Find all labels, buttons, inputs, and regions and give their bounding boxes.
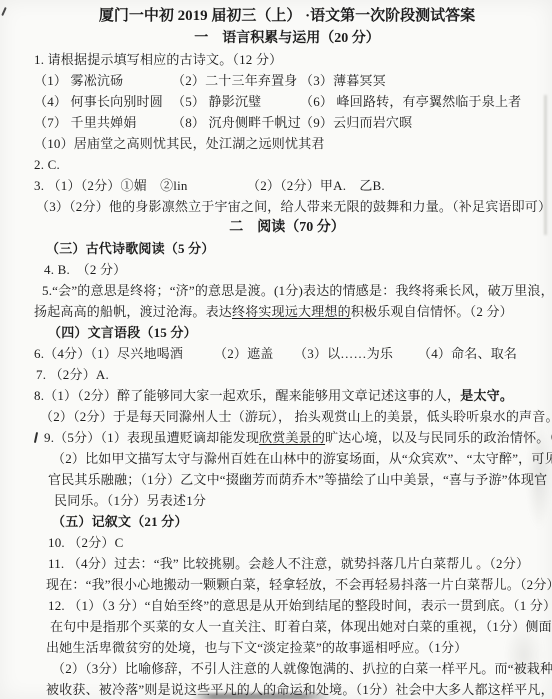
sec3-heading: （三）古代诗歌阅读（5 分） <box>46 238 540 259</box>
answer-part: 3. （1）（2分）①媚 ②lin <box>34 175 247 196</box>
q1-row2: （4） 何事长向别时圆 （5） 静影沉璧 （6） 峰回路转，有亭翼然临于泉上者 <box>34 91 540 112</box>
answer-blank: （3）薄暮冥冥 <box>300 70 540 91</box>
q11-line1: 11. （4分）过去：“我” 比较挑剔。会趁人不注意，就势抖落几片白菜帮儿 。（… <box>48 553 540 574</box>
answer-part: 旷达心境，以及与民同乐的政治情怀。（2分） <box>325 430 552 445</box>
page-title: 厦门一中初 2019 届初三（上） ·语文第一次阶段测试答案 <box>34 4 540 28</box>
document-body: 厦门一中初 2019 届初三（上） ·语文第一次阶段测试答案 一 语言积累与运用… <box>0 0 552 699</box>
answer-part: （2）遮盖 <box>214 343 294 364</box>
q12-line3: 出她生活卑微贫穷的处境，也与下文“淡定捡菜”的故事遥相呼应。（1分） <box>46 637 540 658</box>
part1-heading: 一 语言积累与运用（20 分） <box>34 28 540 49</box>
q1-row1: （1） 雾凇沆砀 （2）二十三年弃置身 （3）薄暮冥冥 <box>34 70 540 91</box>
scanned-answer-sheet: 厦门一中初 2019 届初三（上） ·语文第一次阶段测试答案 一 语言积累与运用… <box>0 0 552 699</box>
answer-blank: （2）二十三年弃置身 <box>172 70 300 91</box>
q12-line2: 在句中是指那个买菜的女人一直关注、盯着白菜，体现出她对白菜的重视，（1分）侧面表… <box>50 616 540 637</box>
sec5-heading: （五）记叙文（21 分） <box>52 511 540 532</box>
answer-blank: （7） 千里共婵娟 <box>34 112 172 133</box>
q12-line5: 被收获、被冷落”则是说这些平凡的人的命运和处境。（1分）社会中大多人都这样平凡，… <box>46 679 540 699</box>
answer-blank: （6） 峰回路转，有亭翼然临于泉上者 <box>300 91 540 112</box>
answer-blank: （9）云归而岩穴暝 <box>300 112 540 133</box>
q1-row4: （10）居庙堂之高则忧其民，处江湖之远则忧其君 <box>34 133 540 154</box>
q8-line1: 8.（1）（2分）醉了能够同大家一起欢乐，醒来能够用文章记述这事的人，是太守。 <box>34 385 540 406</box>
part2-heading: 二 阅读（70 分） <box>34 217 540 238</box>
answer-part: 9.（5分）（1）表现虽遭贬谪却能发现 <box>44 430 259 445</box>
q10-answer: 10. （2分）C <box>48 532 540 553</box>
q3-line2: （3）（2分）他的身影凛然立于宇宙之间，给人带来无限的鼓舞和力量。（补足宾语即可… <box>36 196 540 217</box>
sec4-heading: （四）文言语段（15 分） <box>48 322 540 343</box>
underlined-phrase: 欣赏美景的 <box>259 430 325 445</box>
q12-line4: （2）（3分）比喻修辞，不引人注意的人就像饱满的、扒拉的白菜一样平凡。而“被栽种… <box>52 658 540 679</box>
q9-line4: 民同乐。（1分）另表述1分 <box>54 490 540 511</box>
q2-answer: 2. C. <box>34 154 540 175</box>
q8-line2: （2）（2分）于是每天同滁州人士（游玩）， 抬头观赏山上的美景，低头聆听泉水的声… <box>40 406 540 427</box>
q9-line3: 官民其乐融融；（1分）乙文中“掇幽芳而荫乔木”等描绘了山中美景，“喜与予游”体现… <box>48 469 540 490</box>
q5-line1: 5.“会”的意思是终将；“济”的意思是渡。(1分)表达的情感是：我终将乘长风，破… <box>42 280 540 301</box>
q9-line1: 9.（5分）（1）表现虽遭贬谪却能发现欣赏美景的旷达心境，以及与民同乐的政治情怀… <box>44 427 540 448</box>
q5-line2: 扬起高高的船帆，渡过沧海。表达终将实现远大理想的积极乐观自信情怀。（2 分） <box>34 301 540 322</box>
q9-line2: （2）比如甲文描写太守与滁州百姓在山林中的游宴场面，从“众宾欢”、“太守醉”，可… <box>52 448 540 469</box>
answer-part: （3）以……为乐 <box>294 343 418 364</box>
answer-blank: （4） 何事长向别时圆 <box>34 91 172 112</box>
q11-line2: 现在：“我”很小心地搬动一颗颗白菜，轻拿轻放，不会再轻易抖落一片白菜帮儿。（2分… <box>46 574 540 595</box>
answer-part: （2）（2分）甲A. 乙B. <box>247 175 540 196</box>
answer-part: 8.（1）（2分）醉了能够同大家一起欢乐，醒来能够用文章记述这事的人， <box>34 388 460 403</box>
q12-line1: 12. （1）（3 分）“自始至终”的意思是从开始到结尾的整段时间，表示一贯到底… <box>48 595 540 616</box>
answer-part: （4）命名、取名 <box>418 343 540 364</box>
q7-answer: 7. （2分）A. <box>36 364 540 385</box>
q1-stem: 1. 请根据提示填写相应的古诗文。（12 分） <box>34 49 540 70</box>
q6-answers: 6.（4分）（1）尽兴地喝酒 （2）遮盖 （3）以……为乐 （4）命名、取名 <box>34 343 540 364</box>
underlined-phrase: 终将实现远大理想的 <box>232 304 351 319</box>
answer-part: 积极乐观自信情怀。（2 分） <box>351 304 513 319</box>
answer-part: 扬起高高的船帆，渡过沧海。表达 <box>34 304 232 319</box>
answer-part: 6.（4分）（1）尽兴地喝酒 <box>34 343 214 364</box>
q1-row3: （7） 千里共婵娟 （8） 沉舟侧畔千帆过 （9）云归而岩穴暝 <box>34 112 540 133</box>
answer-blank: （5） 静影沉璧 <box>172 91 300 112</box>
q4-answer: 4. B. （2 分） <box>44 259 540 280</box>
answer-blank: （1） 雾凇沆砀 <box>34 70 172 91</box>
q3-line1: 3. （1）（2分）①媚 ②lin （2）（2分）甲A. 乙B. <box>34 175 540 196</box>
emphasized-phrase: 是太守。 <box>460 388 513 403</box>
answer-blank: （8） 沉舟侧畔千帆过 <box>172 112 300 133</box>
